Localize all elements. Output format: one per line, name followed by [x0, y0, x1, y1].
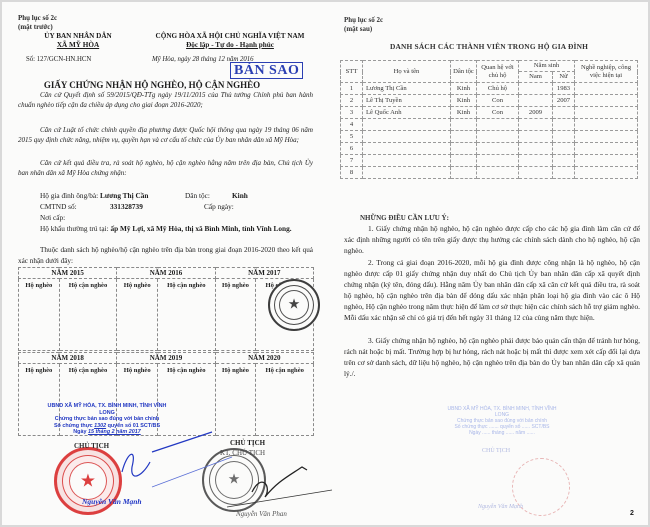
cell-name: Lê Thị Tuyền: [363, 95, 451, 107]
faint-line-4: Ngày ...... tháng ...... năm ......: [442, 430, 562, 436]
cell-stt: 7: [341, 155, 363, 167]
legal-basis-2: Căn cứ Luật tổ chức chính quyền địa phươ…: [18, 126, 313, 145]
cell-stt: 1: [341, 83, 363, 95]
stamp-line-1: UBND XÃ MỸ HÒA, TX. BÌNH MINH, TỈNH VĨNH…: [42, 403, 172, 416]
cell-occupation: [575, 143, 638, 155]
table-row: 1Lương Thị CầnKinhChủ hộ1983: [341, 83, 638, 95]
cell-female: [553, 143, 575, 155]
year-header: NĂM 2020: [215, 353, 313, 364]
list-intro: Thuộc danh sách hộ nghèo/hộ cận nghèo tr…: [18, 245, 313, 267]
cell-female: [553, 155, 575, 167]
cell-male: [519, 95, 553, 107]
cell-name: [363, 143, 451, 155]
authority-line-1: ỦY BAN NHÂN DÂN: [18, 32, 138, 41]
cell-relation: Con: [477, 107, 519, 119]
certificate-front-page: Phụ lục số 2c (mặt trước) ỦY BAN NHÂN DÂ…: [2, 2, 330, 525]
certificate-back-page: Phụ lục số 2c (mặt sau) DANH SÁCH CÁC TH…: [330, 2, 648, 525]
note-2: 2. Trong cả giai đoạn 2016-2020, mỗi hộ …: [344, 257, 640, 323]
appendix-number: Phụ lục số 2c: [344, 16, 383, 25]
cell-ethnicity: [451, 119, 477, 131]
cell-occupation: [575, 83, 638, 95]
cell-ethnicity: Kinh: [451, 107, 477, 119]
issuing-authority: ỦY BAN NHÂN DÂN XÃ MỸ HÒA: [18, 32, 138, 50]
page-side: (mặt trước): [18, 23, 57, 32]
cell-relation: [477, 155, 519, 167]
col-male: Nam: [519, 72, 553, 83]
near-poor-cell: Hộ cận nghèo: [256, 364, 314, 436]
cell-stt: 3: [341, 107, 363, 119]
id-number: 331328739: [110, 201, 143, 212]
cell-stt: 2: [341, 95, 363, 107]
cell-relation: Chủ hộ: [477, 83, 519, 95]
cell-occupation: [575, 131, 638, 143]
cell-male: [519, 83, 553, 95]
faint-signer: Nguyễn Văn Mạnh: [478, 504, 523, 510]
appendix-number: Phụ lục số 2c: [18, 14, 57, 23]
near-poor-cell: Hộ cận nghèo: [158, 279, 216, 351]
cell-female: 2007: [553, 95, 575, 107]
issuer-role: CHỦ TỊCH: [230, 439, 265, 447]
issue-place-label: Nơi cấp:: [40, 212, 65, 223]
cell-ethnicity: [451, 131, 477, 143]
stamp-book: quyển số 01: [108, 423, 139, 429]
appendix-label: Phụ lục số 2c (mặt sau): [344, 16, 383, 34]
table-row: 2Lê Thị TuyềnKinhCon2007: [341, 95, 638, 107]
address-value: ấp Mỹ Lợi, xã Mỹ Hòa, thị xã Bình Minh, …: [110, 224, 291, 233]
members-table: STT Họ và tên Dân tộc Quan hệ với chủ hộ…: [340, 60, 638, 179]
col-birth-year: Năm sinh: [519, 61, 575, 72]
near-poor-cell: Hộ cận nghèo: [59, 279, 117, 351]
stamp-date-label: Ngày: [73, 429, 86, 435]
year-header: NĂM 2015: [19, 268, 117, 279]
certified-copy-stamp: UBND XÃ MỸ HÒA, TX. BÌNH MINH, TỈNH VĨNH…: [42, 403, 172, 436]
col-stt: STT: [341, 61, 363, 83]
cell-female: [553, 167, 575, 179]
household-label: Hộ gia đình ông/bà:: [40, 191, 98, 200]
members-title: DANH SÁCH CÁC THÀNH VIÊN TRONG HỘ GIA ĐÌ…: [330, 42, 648, 51]
cell-occupation: [575, 95, 638, 107]
faint-line-1: UBND XÃ MỸ HÒA, TX. BÌNH MINH, TỈNH VĨNH…: [442, 406, 562, 418]
poor-cell: Hộ nghèo: [215, 279, 256, 351]
cell-ethnicity: [451, 143, 477, 155]
id-label: CMTND số:: [40, 201, 77, 212]
star-icon: ★: [288, 297, 301, 314]
scanned-document: Phụ lục số 2c (mặt trước) ỦY BAN NHÂN DÂ…: [2, 2, 648, 525]
cell-ethnicity: [451, 167, 477, 179]
cell-stt: 4: [341, 119, 363, 131]
cell-relation: Con: [477, 95, 519, 107]
cell-female: [553, 131, 575, 143]
stamp-cert-number: 1302: [94, 423, 106, 429]
cell-female: [553, 107, 575, 119]
col-name: Họ và tên: [363, 61, 451, 83]
national-header: CỘNG HÒA XÃ HỘI CHỦ NGHĨA VIỆT NAM Độc l…: [130, 32, 330, 50]
page-side: (mặt sau): [344, 25, 383, 34]
note-1: 1. Giấy chứng nhận hộ nghèo, hộ cận nghè…: [344, 223, 640, 256]
col-relation: Quan hệ với chủ hộ: [477, 61, 519, 83]
table-row: 8: [341, 167, 638, 179]
stamp-cert-label: Số chứng thực: [54, 423, 93, 429]
table-row: 5: [341, 131, 638, 143]
cell-occupation: [575, 107, 638, 119]
household-row: Hộ gia đình ông/bà: Lương Thị Cần: [40, 190, 148, 201]
cell-male: [519, 119, 553, 131]
table-row: 6: [341, 143, 638, 155]
cell-male: [519, 167, 553, 179]
cell-male: 2009: [519, 107, 553, 119]
cell-ethnicity: [451, 155, 477, 167]
cell-female: 1983: [553, 83, 575, 95]
cell-female: [553, 119, 575, 131]
issue-date-label: Cấp ngày:: [204, 201, 234, 212]
year-header: NĂM 2019: [117, 353, 215, 364]
cell-stt: 6: [341, 143, 363, 155]
signature-icon: [247, 462, 337, 507]
poor-cell: Hộ nghèo: [117, 279, 158, 351]
table-row: 7: [341, 155, 638, 167]
issuer-name: Nguyễn Văn Phan: [236, 510, 287, 518]
official-seal-icon: ★: [268, 279, 320, 331]
authority-line-2: XÃ MỸ HÒA: [18, 41, 138, 50]
cell-relation: [477, 143, 519, 155]
appendix-label: Phụ lục số 2c (mặt trước): [18, 14, 57, 32]
table-row: 3Lê Quốc AnhKinhCon2009: [341, 107, 638, 119]
poor-cell: Hộ nghèo: [215, 364, 256, 436]
address-row: Hộ khẩu thường trú tại: ấp Mỹ Lợi, xã Mỹ…: [18, 223, 313, 234]
col-ethnicity: Dân tộc: [451, 61, 477, 83]
poor-cell: Hộ nghèo: [19, 279, 60, 351]
star-icon: ★: [228, 472, 241, 489]
cell-male: [519, 143, 553, 155]
ethnicity-label: Dân tộc:: [185, 190, 210, 201]
household-name: Lương Thị Cần: [100, 191, 148, 200]
notes-title: NHỮNG ĐIỀU CẦN LƯU Ý:: [360, 214, 449, 222]
cell-occupation: [575, 155, 638, 167]
cell-male: [519, 131, 553, 143]
document-title: GIẤY CHỨNG NHẬN HỘ NGHÈO, HỘ CẬN NGHÈO: [2, 80, 302, 90]
signature-icon: [92, 432, 212, 502]
legal-basis-3: Căn cứ kết quả điều tra, rà soát hộ nghè…: [18, 159, 313, 178]
legal-basis-1: Căn cứ Quyết định số 59/2015/QĐ-TTg ngày…: [18, 91, 313, 110]
cell-name: [363, 119, 451, 131]
year-header: NĂM 2017: [215, 268, 313, 279]
document-number: Số: 127/GCN-HN.HCN: [26, 56, 91, 63]
cell-relation: [477, 167, 519, 179]
cell-stt: 8: [341, 167, 363, 179]
cell-stt: 5: [341, 131, 363, 143]
ethnicity-value: Kinh: [232, 190, 248, 201]
cell-occupation: [575, 119, 638, 131]
cell-ethnicity: Kinh: [451, 83, 477, 95]
col-female: Nữ: [553, 72, 575, 83]
cell-relation: [477, 119, 519, 131]
year-header: NĂM 2018: [19, 353, 117, 364]
col-occupation: Nghề nghiệp, công việc hiện tại: [575, 61, 638, 83]
cell-name: [363, 167, 451, 179]
cell-name: [363, 155, 451, 167]
cell-male: [519, 155, 553, 167]
nation-name: CỘNG HÒA XÃ HỘI CHỦ NGHĨA VIỆT NAM: [130, 32, 330, 41]
note-3: 3. Giấy chứng nhận hộ nghèo, hộ cận nghè…: [344, 335, 640, 379]
cell-relation: [477, 131, 519, 143]
copy-stamp: BẢN SAO: [230, 62, 303, 79]
cell-occupation: [575, 167, 638, 179]
table-row: 4: [341, 119, 638, 131]
stamp-suffix: SCT/BS: [140, 423, 160, 429]
page-number: 2: [630, 510, 634, 517]
address-label: Hộ khẩu thường trú tại:: [40, 224, 109, 233]
faint-role: CHỦ TỊCH: [482, 448, 510, 454]
issuer-role-sub: KT. CHỦ TỊCH: [220, 449, 265, 457]
national-motto: Độc lập - Tự do - Hạnh phúc: [130, 41, 330, 50]
cell-ethnicity: Kinh: [451, 95, 477, 107]
cell-name: [363, 131, 451, 143]
year-header: NĂM 2016: [117, 268, 215, 279]
faint-bleedthrough-stamp: UBND XÃ MỸ HÒA, TX. BÌNH MINH, TỈNH VĨNH…: [442, 406, 562, 436]
cell-name: Lê Quốc Anh: [363, 107, 451, 119]
cell-name: Lương Thị Cần: [363, 83, 451, 95]
